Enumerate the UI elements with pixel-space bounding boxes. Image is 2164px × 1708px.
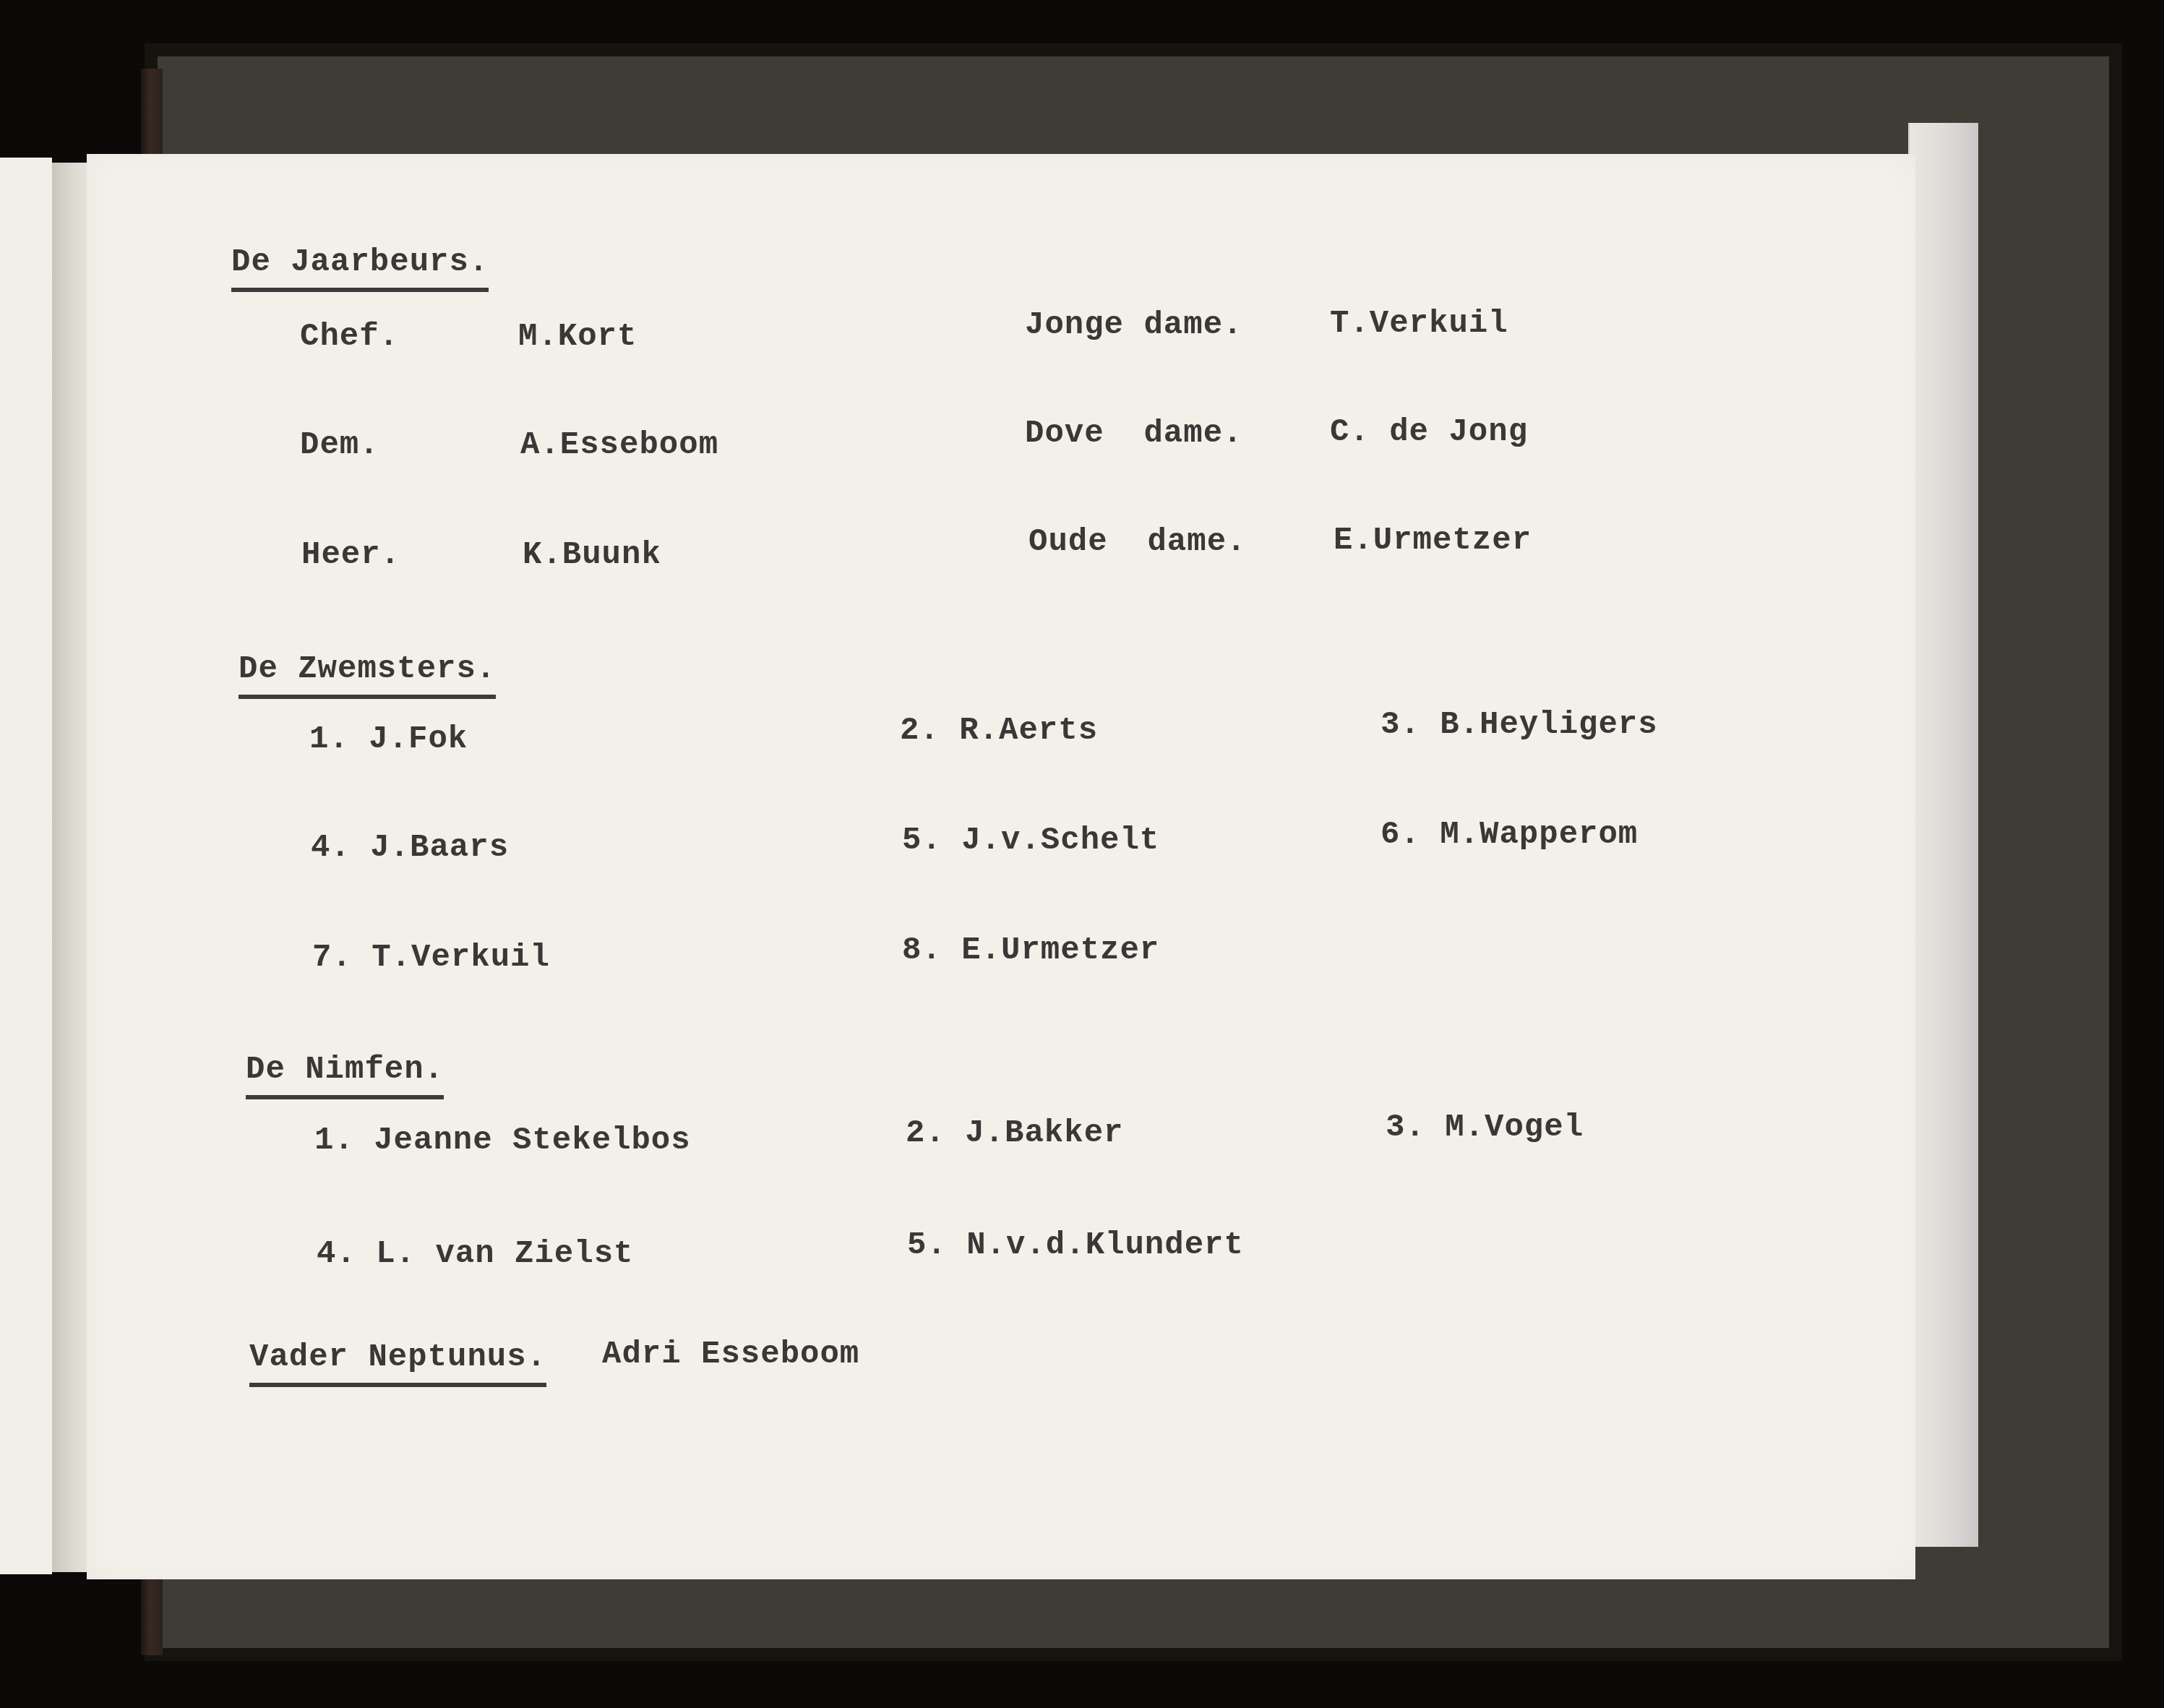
member-entry: 8. E.Urmetzer (902, 932, 1159, 969)
member-entry: 3. M.Vogel (1386, 1110, 1584, 1146)
role-label: Dove dame. (1025, 416, 1242, 452)
member-entry: 2. J.Bakker (906, 1115, 1123, 1151)
member-entry: 3. B.Heyligers (1381, 707, 1658, 743)
role-label: Oude dame. (1029, 524, 1246, 560)
section-heading-jaarbeurs: De Jaarbeurs. (231, 244, 489, 292)
page-stack-edge (1908, 123, 1978, 1547)
role-label: Chef. (300, 319, 399, 355)
page-gutter (52, 163, 87, 1572)
member-entry: 2. R.Aerts (900, 713, 1098, 749)
role-label: Jonge dame. (1025, 307, 1242, 343)
role-name: E.Urmetzer (1334, 523, 1532, 559)
role-name: T.Verkuil (1330, 306, 1508, 342)
neptunus-name: Adri Esseboom (602, 1336, 859, 1373)
section-heading-neptunus: Vader Neptunus. (249, 1339, 546, 1387)
section-heading-zwemsters: De Zwemsters. (239, 651, 496, 699)
role-label: Heer. (301, 537, 400, 573)
role-name: C. de Jong (1330, 414, 1528, 450)
role-name: A.Esseboom (520, 427, 718, 463)
role-name: M.Kort (518, 319, 637, 355)
section-heading-nimfen: De Nimfen. (246, 1052, 444, 1099)
member-entry: 7. T.Verkuil (312, 940, 550, 976)
member-entry: 4. L. van Zielst (317, 1236, 633, 1272)
member-entry: 1. Jeanne Stekelbos (314, 1123, 691, 1159)
member-entry: 5. J.v.Schelt (902, 823, 1159, 859)
typed-cast-list-page: De Jaarbeurs. Chef. M.Kort Dem. A.Essebo… (87, 154, 1915, 1579)
member-entry: 5. N.v.d.Klundert (907, 1227, 1244, 1263)
role-name: K.Buunk (523, 537, 661, 573)
member-entry: 4. J.Baars (311, 830, 509, 866)
member-entry: 1. J.Fok (309, 721, 468, 758)
member-entry: 6. M.Wapperom (1381, 817, 1638, 853)
previous-page-edge (0, 158, 52, 1574)
role-label: Dem. (300, 427, 379, 463)
